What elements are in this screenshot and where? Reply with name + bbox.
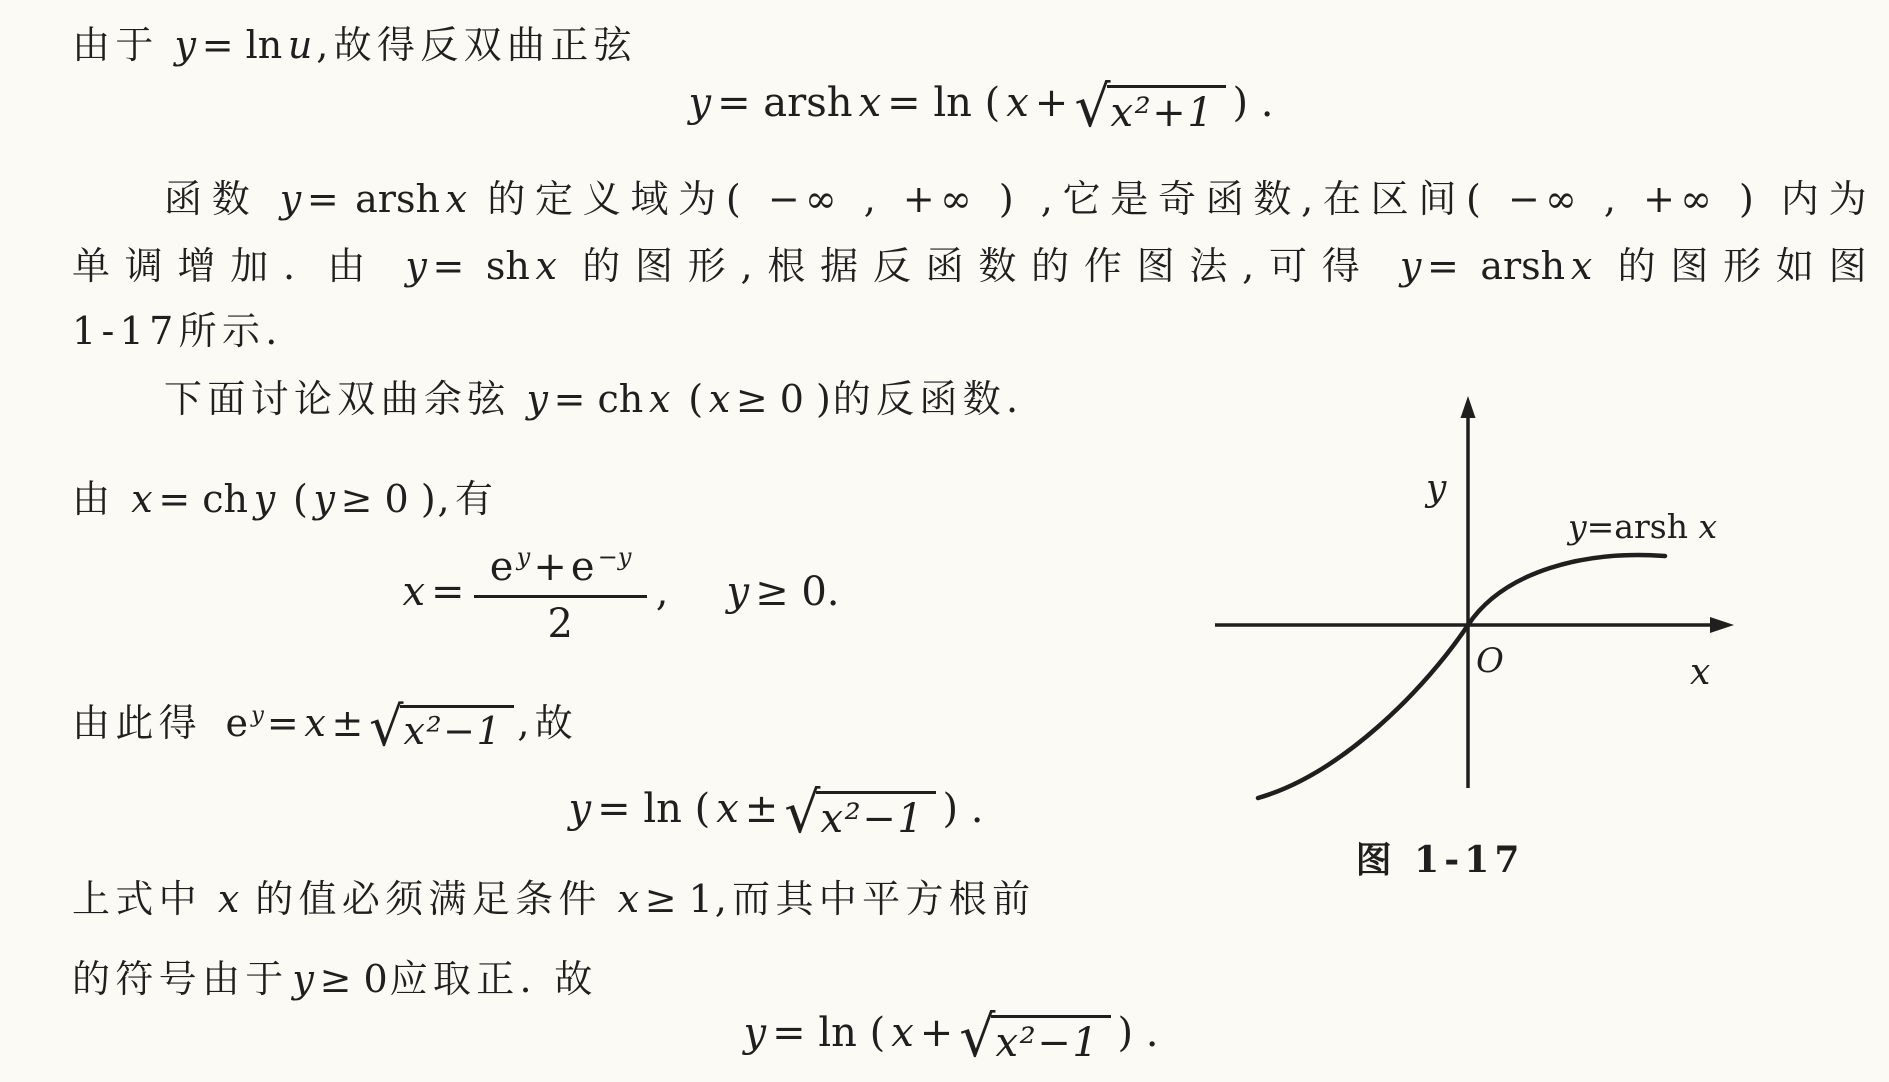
square-root: √x²−1	[784, 791, 936, 840]
cn-text: 单调增加. 由	[72, 244, 380, 288]
origin-label: O	[1476, 641, 1504, 681]
arsh-curve	[1258, 555, 1665, 798]
math-op: ) .	[940, 786, 985, 832]
cn-text: 的定义域为( −∞ , +∞ ) ,它是奇函数,在区间( −∞ , +∞ ) 内…	[487, 177, 1872, 221]
math-op: ≥ 1	[643, 877, 715, 921]
cn-text: 由于	[72, 23, 159, 67]
math-var: x	[645, 377, 674, 421]
square-root: √x²−1	[369, 705, 514, 752]
cn-text: 应取正. 故	[390, 957, 598, 1001]
radicand: x²+1	[1107, 85, 1227, 134]
fraction-numerator: ey+e−y	[474, 545, 647, 598]
y-axis-arrow	[1461, 396, 1476, 418]
math-op: ,	[654, 569, 671, 615]
superscript: y	[250, 702, 265, 728]
math-op: ≥ 0 )	[734, 377, 833, 421]
math-var: y	[402, 244, 431, 288]
math-const: e	[488, 544, 516, 590]
equation-arch-result: y= ln (x+√x²−1) .	[75, 1010, 1825, 1064]
math-op: ≥ 0	[318, 957, 390, 1001]
math-var: x	[532, 244, 561, 288]
math-var: y	[310, 477, 339, 521]
cn-text: 函数	[164, 177, 259, 221]
math-var: y	[276, 177, 305, 221]
figure-caption: 图 1-17	[1120, 832, 1760, 883]
math-op: = arsh	[1425, 244, 1567, 288]
math-op: = arsh	[715, 80, 855, 126]
cn-text: 由此得	[72, 701, 202, 745]
math-op: =	[429, 569, 467, 615]
math-var: x	[127, 477, 156, 521]
math-op: +	[1033, 80, 1071, 126]
math-var: x	[398, 569, 429, 615]
text-line-figure-ref: 1-17所示.	[72, 300, 283, 355]
math-op: = ln (	[770, 1010, 887, 1056]
math-op: +	[918, 1010, 956, 1056]
math-var: x	[705, 377, 734, 421]
text-line-x-ch-y: 由 x= chy (y≥ 0 ),有	[72, 468, 498, 523]
curve-label-x: x	[1698, 507, 1717, 546]
equation-arsh-definition: y= arshx= ln (x+√x²+1) .	[75, 80, 1885, 134]
math-op: ±	[330, 701, 366, 745]
text-line-sign: 的符号由于y≥ 0应取正. 故	[72, 948, 598, 1003]
math-var: x	[614, 877, 643, 921]
radical-sign: √	[1074, 85, 1110, 130]
radicand: x²−1	[816, 791, 936, 840]
math-op: ≥ 0.	[753, 569, 841, 615]
math-var: y	[171, 23, 200, 67]
math-var: y	[739, 1010, 770, 1056]
cn-text: 由	[72, 477, 115, 521]
y-axis-label: y	[1424, 468, 1447, 509]
text-line-domain: 函数 y= arshx 的定义域为( −∞ , +∞ ) ,它是奇函数,在区间(…	[72, 168, 1872, 223]
x-axis-label: x	[1690, 652, 1710, 693]
radicand: x²−1	[400, 705, 514, 752]
radical-sign: √	[369, 705, 403, 748]
fraction: ey+e−y2	[474, 545, 647, 646]
math-var: y	[523, 377, 552, 421]
math-op: ≥ 0 )	[339, 477, 438, 521]
math-var: y	[684, 80, 715, 126]
math-op: = sh	[431, 244, 532, 288]
math-var: x	[1567, 244, 1596, 288]
curve-label: y=arsh x	[1566, 507, 1717, 546]
cn-text: 1-17所示.	[72, 309, 283, 353]
math-const: e	[569, 544, 597, 590]
text-line-monotone: 单调增加. 由 y= shx 的图形,根据反函数的作图法,可得 y= arshx…	[72, 235, 1872, 290]
math-op: =	[265, 701, 301, 745]
textbook-page: 由于 y= lnu,故得反双曲正弦 y= arshx= ln (x+√x²+1)…	[0, 0, 1889, 1082]
math-var: u	[284, 23, 316, 67]
text-line-intro: 由于 y= lnu,故得反双曲正弦	[72, 14, 637, 69]
math-var: y	[723, 569, 754, 615]
square-root: √x²+1	[1074, 85, 1226, 134]
math-var: x	[712, 786, 743, 832]
cn-text: 的反函数.	[833, 377, 1024, 421]
cn-text: ,故	[517, 701, 578, 745]
cn-text: 的值必须满足条件	[255, 877, 602, 921]
cn-text: ,有	[438, 477, 499, 521]
radicand: x²−1	[991, 1015, 1111, 1064]
text-line-ch-intro: 下面讨论双曲余弦 y= chx (x≥ 0 )的反函数.	[164, 368, 1023, 423]
math-op: = ch	[552, 377, 645, 421]
square-root: √x²−1	[959, 1015, 1111, 1064]
math-var: y	[289, 957, 318, 1001]
cn-text: 上式中	[72, 877, 202, 921]
math-op: ±	[743, 786, 781, 832]
math-op: = arsh	[305, 177, 442, 221]
fraction-denominator: 2	[474, 598, 647, 646]
math-op: +	[531, 544, 569, 590]
math-op: = ch	[156, 477, 249, 521]
x-axis-arrow	[1710, 617, 1734, 633]
math-var: y	[250, 477, 279, 521]
math-var: x	[214, 877, 243, 921]
cn-text: 的图形如图	[1618, 244, 1872, 288]
cn-text: 下面讨论双曲余弦	[164, 377, 511, 421]
text-line-condition: 上式中 x 的值必须满足条件 x≥ 1,而其中平方根前	[72, 868, 1035, 923]
cn-text: ,故得反双曲正弦	[316, 23, 637, 67]
curve-label-y: y	[1566, 507, 1587, 546]
superscript: −y	[597, 543, 633, 571]
cn-text: 的图形,根据反函数的作图法,可得	[582, 244, 1374, 288]
radical-sign: √	[784, 791, 820, 836]
math-const: e	[224, 701, 250, 745]
curve-label-eq: =arsh	[1587, 507, 1699, 546]
math-var: x	[301, 701, 330, 745]
math-op: = ln (	[885, 80, 1002, 126]
superscript: y	[515, 543, 531, 571]
math-var: x	[1002, 80, 1033, 126]
math-op: ) .	[1230, 80, 1275, 126]
math-var: y	[1396, 244, 1425, 288]
radical-sign: √	[959, 1015, 995, 1060]
math-op: = ln	[200, 23, 284, 67]
math-op: (	[291, 477, 310, 521]
figure-1-17-plot: y x O y=arsh x	[1120, 388, 1760, 818]
cn-text: ,而其中平方根前	[715, 877, 1036, 921]
cn-text: 的符号由于	[72, 957, 289, 1001]
figure-1-17: y x O y=arsh x	[1120, 388, 1760, 818]
math-var: y	[564, 786, 595, 832]
math-op: (	[686, 377, 705, 421]
math-var: x	[887, 1010, 918, 1056]
equation-ch-fraction: x=ey+e−y2,y≥ 0.	[75, 545, 1165, 646]
text-line-ey: 由此得 ey=x±√x²−1,故	[72, 692, 578, 752]
math-op: ) .	[1115, 1010, 1160, 1056]
math-op: = ln (	[595, 786, 712, 832]
math-var: x	[442, 177, 471, 221]
math-var: x	[855, 80, 886, 126]
